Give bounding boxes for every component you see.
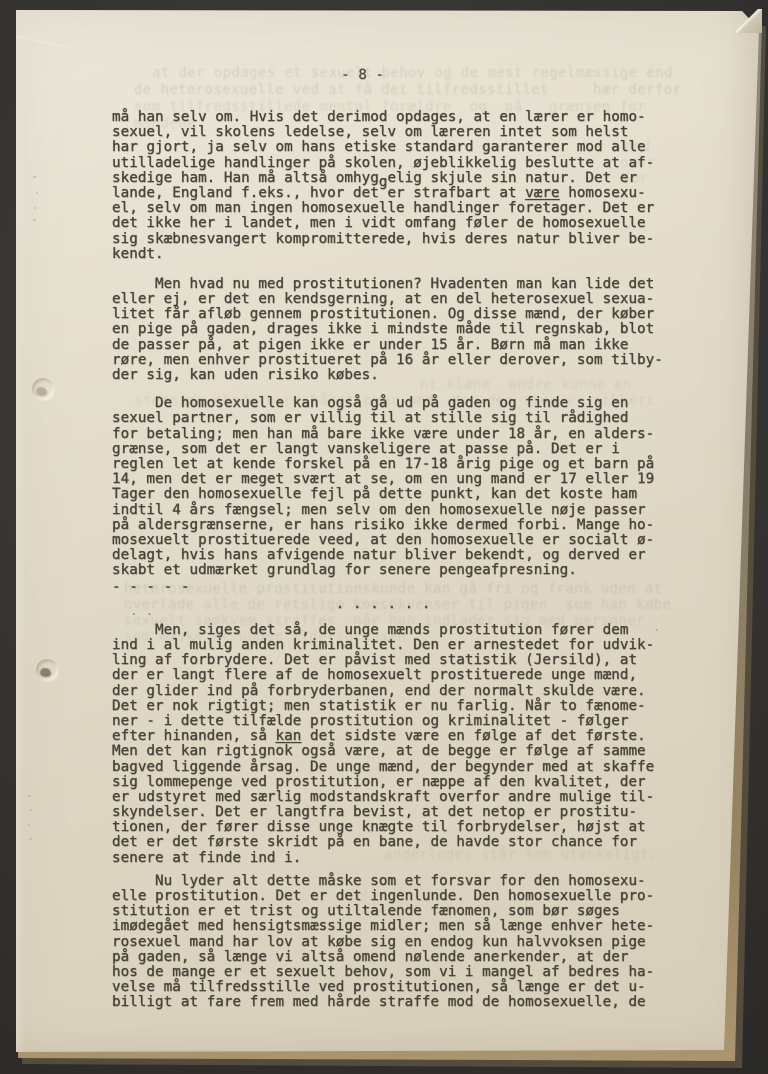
paper-speck: [33, 176, 36, 178]
paragraph-1: må han selv om. Hvis det derimod opdages…: [112, 110, 682, 262]
text-line: en pige på gaden, drages ikke i mindste …: [112, 322, 682, 337]
text-segment: det sidste være en følge af det første.: [301, 728, 645, 744]
text-segment: stitution er et trist og utiltalende fæn…: [112, 903, 620, 919]
bleedthrough-text: anderledes står som utænkeligt.: [384, 848, 658, 863]
text-segment: røre, men enhver prostitueret på 16 år e…: [112, 352, 663, 368]
text-line: skabt et udmærket grundlag for senere pe…: [112, 563, 682, 578]
text-line: reglen let at kende forskel på en 17-18 …: [112, 457, 682, 472]
hole-punch: [32, 378, 54, 400]
paper-speck: [656, 629, 658, 631]
text-segment: hos de mange er et sexuelt behov, som vi…: [112, 964, 654, 980]
text-line: der glider ind på forbryderbanen, end de…: [112, 684, 682, 699]
text-line: hos de mange er et sexuelt behov, som vi…: [112, 965, 682, 980]
bleedthrough-text: sexuelt samkvem straffes når han indlade…: [124, 614, 645, 629]
text-segment: mosexuelt prostituerede veed, at den hom…: [112, 532, 654, 548]
text-line: Men hvad nu med prostitutionen? Hvadente…: [112, 277, 682, 292]
text-line: har gjort, ja selv om hans etiske standa…: [112, 140, 682, 155]
paper-sheet: - 8 - må han selv om. Hvis det derimod o…: [0, 0, 768, 1074]
text-segment: rosexuel mand har lov at købe sig en end…: [112, 934, 646, 950]
text-segment: tionen, der fører disse unge knægte til …: [112, 819, 646, 835]
paper-speck: [28, 795, 31, 797]
bleedthrough-text: som måske er under aldersgrænsen: [124, 630, 407, 645]
text-line: det ikke her i landet, men i vidt omfang…: [112, 216, 682, 231]
text-line: røre, men enhver prostitueret på 16 år e…: [112, 353, 682, 368]
paragraph-3: De homosexuelle kan også gå ud på gaden …: [112, 396, 682, 578]
text-line: sig lommepenge ved prostitution, er næpp…: [112, 775, 682, 790]
paragraph-4: Men, siges det så, de unge mænds prostit…: [112, 623, 682, 866]
text-segment: der er langt flere af de homosexuelt pro…: [112, 667, 637, 683]
bleedthrough-text: de heterosexuelle ved at få det tilfreds…: [134, 83, 681, 98]
paper-speck: [33, 219, 36, 221]
underlined-word: kan: [276, 728, 302, 744]
underlined-word: være: [525, 185, 559, 201]
text-line: delagt, hvis hans afvigende natur bliver…: [112, 548, 682, 563]
text-segment: skedige ham. Han må altså omhyg: [112, 170, 379, 186]
text-segment: elig skjule sin natur. Det er: [387, 170, 637, 186]
bleedthrough-text: at der opdages et sexuelt behov og de me…: [152, 66, 673, 81]
text-segment: reglen let at kende forskel på en 17-18 …: [112, 456, 654, 472]
text-segment: eller ej, er det en kendsgerning, at en …: [112, 291, 654, 307]
text-segment: ling af forbrydere. Det er påvist med st…: [112, 652, 637, 668]
bleedthrough-text: mændene: [134, 117, 196, 132]
text-line: billigt at fare frem med hårde straffe m…: [112, 995, 682, 1010]
text-segment: g: [379, 174, 388, 190]
text-segment: for betaling; men han må bare ikke være …: [112, 426, 654, 442]
text-segment: på gaden, så længe vi altså omend nølend…: [112, 949, 628, 965]
paragraph-2: Men hvad nu med prostitutionen? Hvadente…: [112, 277, 682, 383]
text-line: lande, England f.eks., hvor det er straf…: [112, 186, 682, 201]
text-segment: lande, England f.eks., hvor det er straf…: [112, 185, 525, 201]
text-line: indtil 4 års fængsel; men selv om den ho…: [112, 503, 682, 518]
text-segment: velse må tilfredsstille ved prostitution…: [112, 979, 646, 995]
text-line: sexuel partner, som er villig til at sti…: [112, 411, 682, 426]
text-segment: Det er nok rigtigt; men statistik er nu …: [112, 698, 646, 714]
text-segment: Nu lyder alt dette måske som et forsvar …: [112, 873, 646, 889]
paragraph-5: Nu lyder alt dette måske som et forsvar …: [112, 874, 682, 1011]
text-segment: grænse, som det er langt vanskeligere at…: [112, 441, 620, 457]
scanned-document-photo: - 8 - må han selv om. Hvis det derimod o…: [0, 0, 768, 1074]
text-line: ner - i dette tilfælde prostitution og k…: [112, 714, 682, 729]
text-line: sig skæbnesvangert kompromitterede, hvis…: [112, 232, 682, 247]
text-line: for betaling; men han må bare ikke være …: [112, 427, 682, 442]
text-segment: på aldersgrænserne, er hans risiko ikke …: [112, 517, 654, 533]
text-line: Tager den homosexuelle fejl på dette pun…: [112, 487, 682, 502]
paper-speck: [36, 192, 38, 194]
bleedthrough-text: som tilfredsstillede mental forældre og …: [134, 100, 646, 115]
bleedthrough-text: stemning skade bare båret over med Men d…: [134, 394, 655, 409]
text-line: elle prostitution. Det er det ingenlunde…: [112, 889, 682, 904]
text-segment: de passer på, at pigen ikke er under 15 …: [112, 337, 628, 353]
text-segment: imødegået med hensigtsmæssige midler; me…: [112, 918, 654, 934]
paper-speck: [29, 838, 32, 840]
text-line: bagved liggende årsag. De unge mænd, der…: [112, 760, 682, 775]
text-segment: homosexu-: [560, 185, 646, 201]
text-segment: ner - i dette tilfælde prostitution og k…: [112, 713, 628, 729]
text-line: kendt.: [112, 247, 682, 262]
text-line: de passer på, at pigen ikke er under 15 …: [112, 338, 682, 353]
bleedthrough-text: for: [622, 172, 649, 187]
text-segment: bagved liggende årsag. De unge mænd, der…: [112, 759, 654, 775]
text-segment: skyndelser. Det er langtfra bevist, at d…: [112, 804, 637, 820]
text-line: på gaden, så længe vi altså omend nølend…: [112, 950, 682, 965]
text-segment: det ikke her i landet, men i vidt omfang…: [112, 215, 646, 231]
paper-speck: [34, 207, 36, 209]
folded-corner: [736, 9, 762, 33]
bleedthrough-text: over: [620, 156, 655, 171]
text-segment: litet får afløb gennem prostitutionen. O…: [112, 306, 654, 322]
text-segment: Men det kan rigtignok også være, at de b…: [112, 743, 646, 759]
text-line: Det er nok rigtigt; men statistik er nu …: [112, 699, 682, 714]
bleedthrough-text: heterosexuelle prostitutionskunde kan gå…: [124, 582, 663, 597]
bleedthrough-text: nt klæne andre kunne en: [420, 378, 632, 393]
text-segment: sig skæbnesvangert kompromitterede, hvis…: [112, 231, 654, 247]
text-segment: Tager den homosexuelle fejl på dette pun…: [112, 486, 637, 502]
text-segment: senere at finde ind i.: [112, 850, 301, 866]
text-segment: elle prostitution. Det er det ingenlunde…: [112, 888, 654, 904]
text-line: eller ej, er det en kendsgerning, at en …: [112, 292, 682, 307]
text-line: mosexuelt prostituerede veed, at den hom…: [112, 533, 682, 548]
stray-typewriter-mark: . .: [130, 604, 153, 619]
text-line: er udstyret med særlig modstandskraft ov…: [112, 790, 682, 805]
text-line: på aldersgrænserne, er hans risiko ikke …: [112, 518, 682, 533]
text-line: skyndelser. Det er langtfra bevist, at d…: [112, 805, 682, 820]
text-segment: billigt at fare frem med hårde straffe m…: [112, 994, 646, 1010]
text-line: utilladelige handlinger på skolen, øjebl…: [112, 156, 682, 171]
text-segment: sexuel partner, som er villig til at sti…: [112, 410, 628, 426]
text-line: grænse, som det er langt vanskeligere at…: [112, 442, 682, 457]
under-sheet-corner-edge: [6, 33, 69, 48]
text-segment: delagt, hvis hans afvigende natur bliver…: [112, 547, 646, 563]
text-segment: der sig, kan uden risiko købes.: [112, 367, 379, 383]
bleedthrough-text: overlade alle de retslige konsekvenser t…: [124, 598, 671, 613]
sheet-left-edge: [0, 0, 24, 1074]
hole-punch: [36, 659, 58, 681]
text-segment: har gjort, ja selv om hans etiske standa…: [112, 139, 646, 155]
text-segment: 14, men det er meget svært at se, om en …: [112, 471, 654, 487]
text-line: Men det kan rigtignok også være, at de b…: [112, 744, 682, 759]
text-segment: der glider ind på forbryderbanen, end de…: [112, 683, 646, 699]
text-line: skedige ham. Han må altså omhyggelig skj…: [112, 171, 682, 186]
paper-speck: [28, 824, 30, 826]
text-line: Nu lyder alt dette måske som et forsvar …: [112, 874, 682, 889]
text-line: der er langt flere af de homosexuelt pro…: [112, 668, 682, 683]
text-segment: utilladelige handlinger på skolen, øjebl…: [112, 155, 654, 171]
text-segment: indtil 4 års fængsel; men selv om den ho…: [112, 502, 646, 518]
text-segment: er udstyret med særlig modstandskraft ov…: [112, 789, 654, 805]
text-block: må han selv om. Hvis det derimod opdages…: [112, 110, 682, 1011]
text-line: imødegået med hensigtsmæssige midler; me…: [112, 919, 682, 934]
paper-speck: [30, 809, 32, 811]
text-segment: el, selv om man ingen homosexuelle handl…: [112, 200, 654, 216]
text-segment: Men hvad nu med prostitutionen? Hvadente…: [112, 276, 654, 292]
text-segment: kendt.: [112, 246, 164, 262]
text-line: rosexuel mand har lov at købe sig en end…: [112, 935, 682, 950]
text-segment: en pige på gaden, drages ikke i mindste …: [112, 321, 654, 337]
text-segment: efter hinanden, så: [112, 728, 276, 744]
text-segment: sig lommepenge ved prostitution, er næpp…: [112, 774, 646, 790]
bleedthrough-text: end: [624, 140, 651, 155]
text-segment: skabt et udmærket grundlag for senere pe…: [112, 562, 577, 578]
